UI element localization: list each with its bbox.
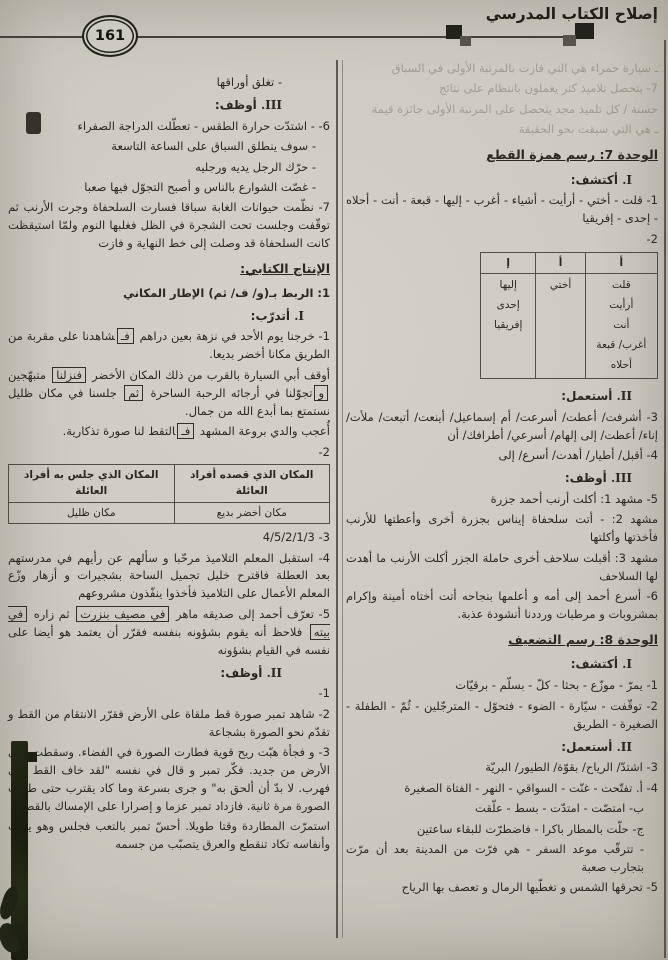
use-heading: II. أستعمل:	[346, 738, 658, 757]
hamza-column-header: أ	[585, 252, 657, 273]
table-column-header: المكان الذي جلس به أفراد العائلة	[9, 464, 175, 502]
section-label: أكتشف:	[571, 657, 618, 671]
item-number: 2-	[8, 444, 330, 462]
roman-numeral: III.	[611, 471, 632, 485]
paragraph-with-boxed-connectors: أوقف أبي السيارة بالقرب من ذلك المكان ال…	[8, 367, 330, 421]
paragraph-with-boxed-connectors: أُعجب والدي بروعة المشهد فـالتقط لنا صور…	[8, 423, 330, 441]
paragraph: استمرّت المطاردة وقتا طويلا. أحسّ تمبر ب…	[8, 818, 330, 854]
boxed-word: ثم	[124, 385, 143, 401]
section-label: أوظف:	[215, 98, 257, 112]
hamza-column-header: أ	[536, 252, 585, 273]
page-title: إصلاح الكتاب المدرسي	[486, 5, 658, 23]
boxed-word: فـ	[117, 328, 134, 344]
word-list-item: 3- أشرفت/ أعطت/ أسرعت/ أم إسماعيل/ أينعت…	[346, 409, 658, 445]
page-number-badge: 161	[82, 15, 138, 57]
page-number: 161	[95, 28, 125, 44]
text-segment: فلاحظ أنه يقوم بشؤونه بنفسه فقرّر أن يعت…	[8, 625, 330, 657]
paragraph: 4- استقبل المعلم التلاميذ مرحّبا و سألهم…	[8, 550, 330, 604]
paragraph-with-boxed-connectors: 1- خرجنا يوم الأحد في نزهة بعين دراهم فـ…	[8, 328, 330, 364]
ornament-square-icon	[460, 36, 471, 46]
roman-numeral: I.	[294, 309, 304, 323]
employ-heading: III. أوظف:	[346, 469, 658, 488]
table-column-header: المكان الذي قصده أفراد العائلة	[174, 464, 329, 502]
paragraph: 2- شاهد تمبر صورة قط ملقاة على الأرض فقر…	[8, 706, 330, 742]
use-heading: II. أستعمل:	[346, 387, 658, 406]
text-segment: أوقف أبي السيارة بالقرب من ذلك المكان ال…	[88, 368, 330, 382]
places-table: المكان الذي قصده أفراد العائلة المكان ال…	[8, 464, 330, 524]
paragraph: 3- و فجأة هبّت ريح قوية فطارت الصورة في …	[8, 744, 330, 816]
ink-smudge	[28, 752, 37, 762]
column-divider-line	[336, 60, 343, 938]
item-number: 1-	[8, 685, 330, 703]
scene-line: مشهد 3: أقبلت سلاحف أخرى حاملة الجزر أكل…	[346, 550, 658, 586]
left-column: - تغلق أوراقها III. أوظف: 6- - اشتدّت حر…	[8, 74, 330, 857]
word-list-item: 1- يمرّ - موزّع - بحثا - كلّ - بسلّم - ب…	[346, 677, 658, 695]
scanned-page: 161 إصلاح الكتاب المدرسي ـ سيارة حمراء ه…	[0, 0, 668, 960]
roman-numeral: I.	[622, 173, 632, 187]
boxed-word: فـ	[177, 423, 194, 439]
writing-production-subheading: 1: الربط بـ(و/ ف/ ثم) الإطار المكاني	[8, 285, 330, 303]
writing-production-heading: الإنتاج الكتابي:	[8, 259, 330, 279]
word-list-item: ج- حلّت بالمطار باكرا - فاضطرّت للبقاء س…	[346, 821, 658, 839]
word-list-item: 3- اشتدّ/ الرياح/ بقوّة/ الطيور/ البريّة	[346, 759, 658, 777]
word-list-item: ب- امتصّت - امتدّت - بسط - علّقت	[346, 800, 658, 818]
section-label: أوظف:	[565, 471, 607, 485]
train-heading: I. أتدرّب:	[8, 307, 330, 326]
section-label: أتدرّب:	[251, 309, 290, 323]
list-item: - سوف ينطلق السباق على الساعة التاسعة	[8, 138, 330, 156]
answer-sequence: 3- 4/5/2/1/3	[8, 529, 330, 547]
section-label: أستعمل:	[561, 740, 612, 754]
employ-heading: II. أوظف:	[8, 664, 330, 683]
text-segment: 1- خرجنا يوم الأحد في نزهة بعين دراهم	[136, 329, 330, 343]
ornament-square-icon	[563, 35, 576, 46]
unit8-heading: الوحدة 8: رسم التضعيف	[346, 630, 658, 650]
text-segment: تجوّلنا في أرجائه الرحبة الساحرة	[145, 386, 312, 400]
table-row: قلت أرأيت أنت أغرب/ قبعة أحلاه أختي إليه…	[481, 274, 658, 379]
word-list-item: 4- أ. تفتّحت - غنّت - السواقي - النهر - …	[346, 780, 658, 798]
item-number: 2-	[346, 231, 658, 249]
word-list-item: 2- توقّفت - سيّارة - الضوء - فتحوّل - ال…	[346, 698, 658, 734]
roman-numeral: II.	[617, 740, 632, 754]
roman-numeral: II.	[267, 666, 282, 680]
hamza-table: أ أ إ قلت أرأيت أنت أغرب/ قبعة أحلاه أخت…	[480, 252, 658, 379]
table-cell: إليها إحدى إفريقيا	[481, 274, 536, 379]
boxed-word: و	[314, 385, 328, 401]
table-cell: قلت أرأيت أنت أغرب/ قبعة أحلاه	[585, 274, 657, 379]
faded-line: ـ هي التي سبقت نحو الحقيقة	[346, 121, 658, 139]
text-segment: التقط لنا صورة تذكارية.	[63, 424, 176, 438]
roman-numeral: III.	[261, 98, 282, 112]
list-item: - حرّك الرجل يديه ورجليه	[8, 159, 330, 177]
roman-numeral: I.	[622, 657, 632, 671]
page-edge-line	[664, 40, 666, 958]
paragraph-with-boxed-phrases: 5- تعرّف أحمد إلى صديقه ماهر في مصيف بنز…	[8, 606, 330, 660]
table-cell: مكان أخضر بديع	[174, 502, 329, 523]
paragraph: 7- نظّمت حيوانات الغابة سباقا فسارت السل…	[8, 199, 330, 253]
hamza-column-header: إ	[481, 252, 536, 273]
employ-heading: III. أوظف:	[8, 96, 330, 115]
list-item: - تغلق أوراقها	[8, 74, 330, 92]
ornament-square-icon	[575, 23, 594, 39]
section-label: أستعمل:	[561, 389, 612, 403]
boxed-word: في مصيف بنزرت	[76, 606, 169, 622]
section-label: أكتشف:	[571, 173, 618, 187]
list-item: - غصّت الشوارع بالناس و أصبح التجوّل فيه…	[8, 179, 330, 197]
scene-line: 5- مشهد 1: أكلت أرنب أحمد جزرة	[346, 491, 658, 509]
ink-smudge	[26, 112, 41, 134]
boxed-word: فنزلنا	[52, 367, 86, 383]
faded-line: ـ سيارة حمراء هي التي فازت بالمرتبة الأو…	[346, 60, 658, 78]
table-header-row: أ أ إ	[481, 252, 658, 273]
list-item: 6- - اشتدّت حرارة الطقس - تعطّلت الدراجة…	[8, 118, 330, 136]
right-column: ـ سيارة حمراء هي التي فازت بالمرتبة الأو…	[346, 60, 658, 900]
word-list-item: 4- أقبل/ أطيار/ أهدت/ أسرع/ إلى	[346, 447, 658, 465]
faded-line: 7- يتحصل تلاميذ كثر يعملون بانتظام على ن…	[346, 80, 658, 98]
word-list-item: 1- قلت - أختي - أرأيت - أشياء - أغرب - إ…	[346, 192, 658, 228]
roman-numeral: II.	[617, 389, 632, 403]
faded-line: حسنة / كل تلميذ مجد يتحصل على المرتبة ال…	[346, 101, 658, 119]
discover-heading: I. أكتشف:	[346, 171, 658, 190]
word-list-item: - تترقّب موعد السفر - هي فرّت من المدينة…	[346, 841, 658, 877]
text-segment: أُعجب والدي بروعة المشهد	[196, 424, 330, 438]
scene-line: مشهد 2: - أتت سلحفاة إيناس بجزرة أخرى وأ…	[346, 511, 658, 547]
table-row: مكان أخضر بديع مكان ظليل	[9, 502, 330, 523]
table-cell: أختي	[536, 274, 585, 379]
table-header-row: المكان الذي قصده أفراد العائلة المكان ال…	[9, 464, 330, 502]
text-segment: متبهّجين	[8, 368, 50, 382]
paragraph: 6- أسرع أحمد إلى أمه و أعلمها بنجاحه أتت…	[346, 588, 658, 624]
text-segment: ثم زاره	[29, 607, 74, 621]
discover-heading: I. أكتشف:	[346, 655, 658, 674]
table-cell: مكان ظليل	[9, 502, 175, 523]
text-segment: 5- تعرّف أحمد إلى صديقه ماهر	[171, 607, 330, 621]
unit7-heading: الوحدة 7: رسم همزة القطع	[346, 145, 658, 165]
section-label: أوظف:	[220, 666, 262, 680]
paragraph: 5- تحرقها الشمس و تغطّيها الرمال و تعصف …	[346, 879, 658, 897]
